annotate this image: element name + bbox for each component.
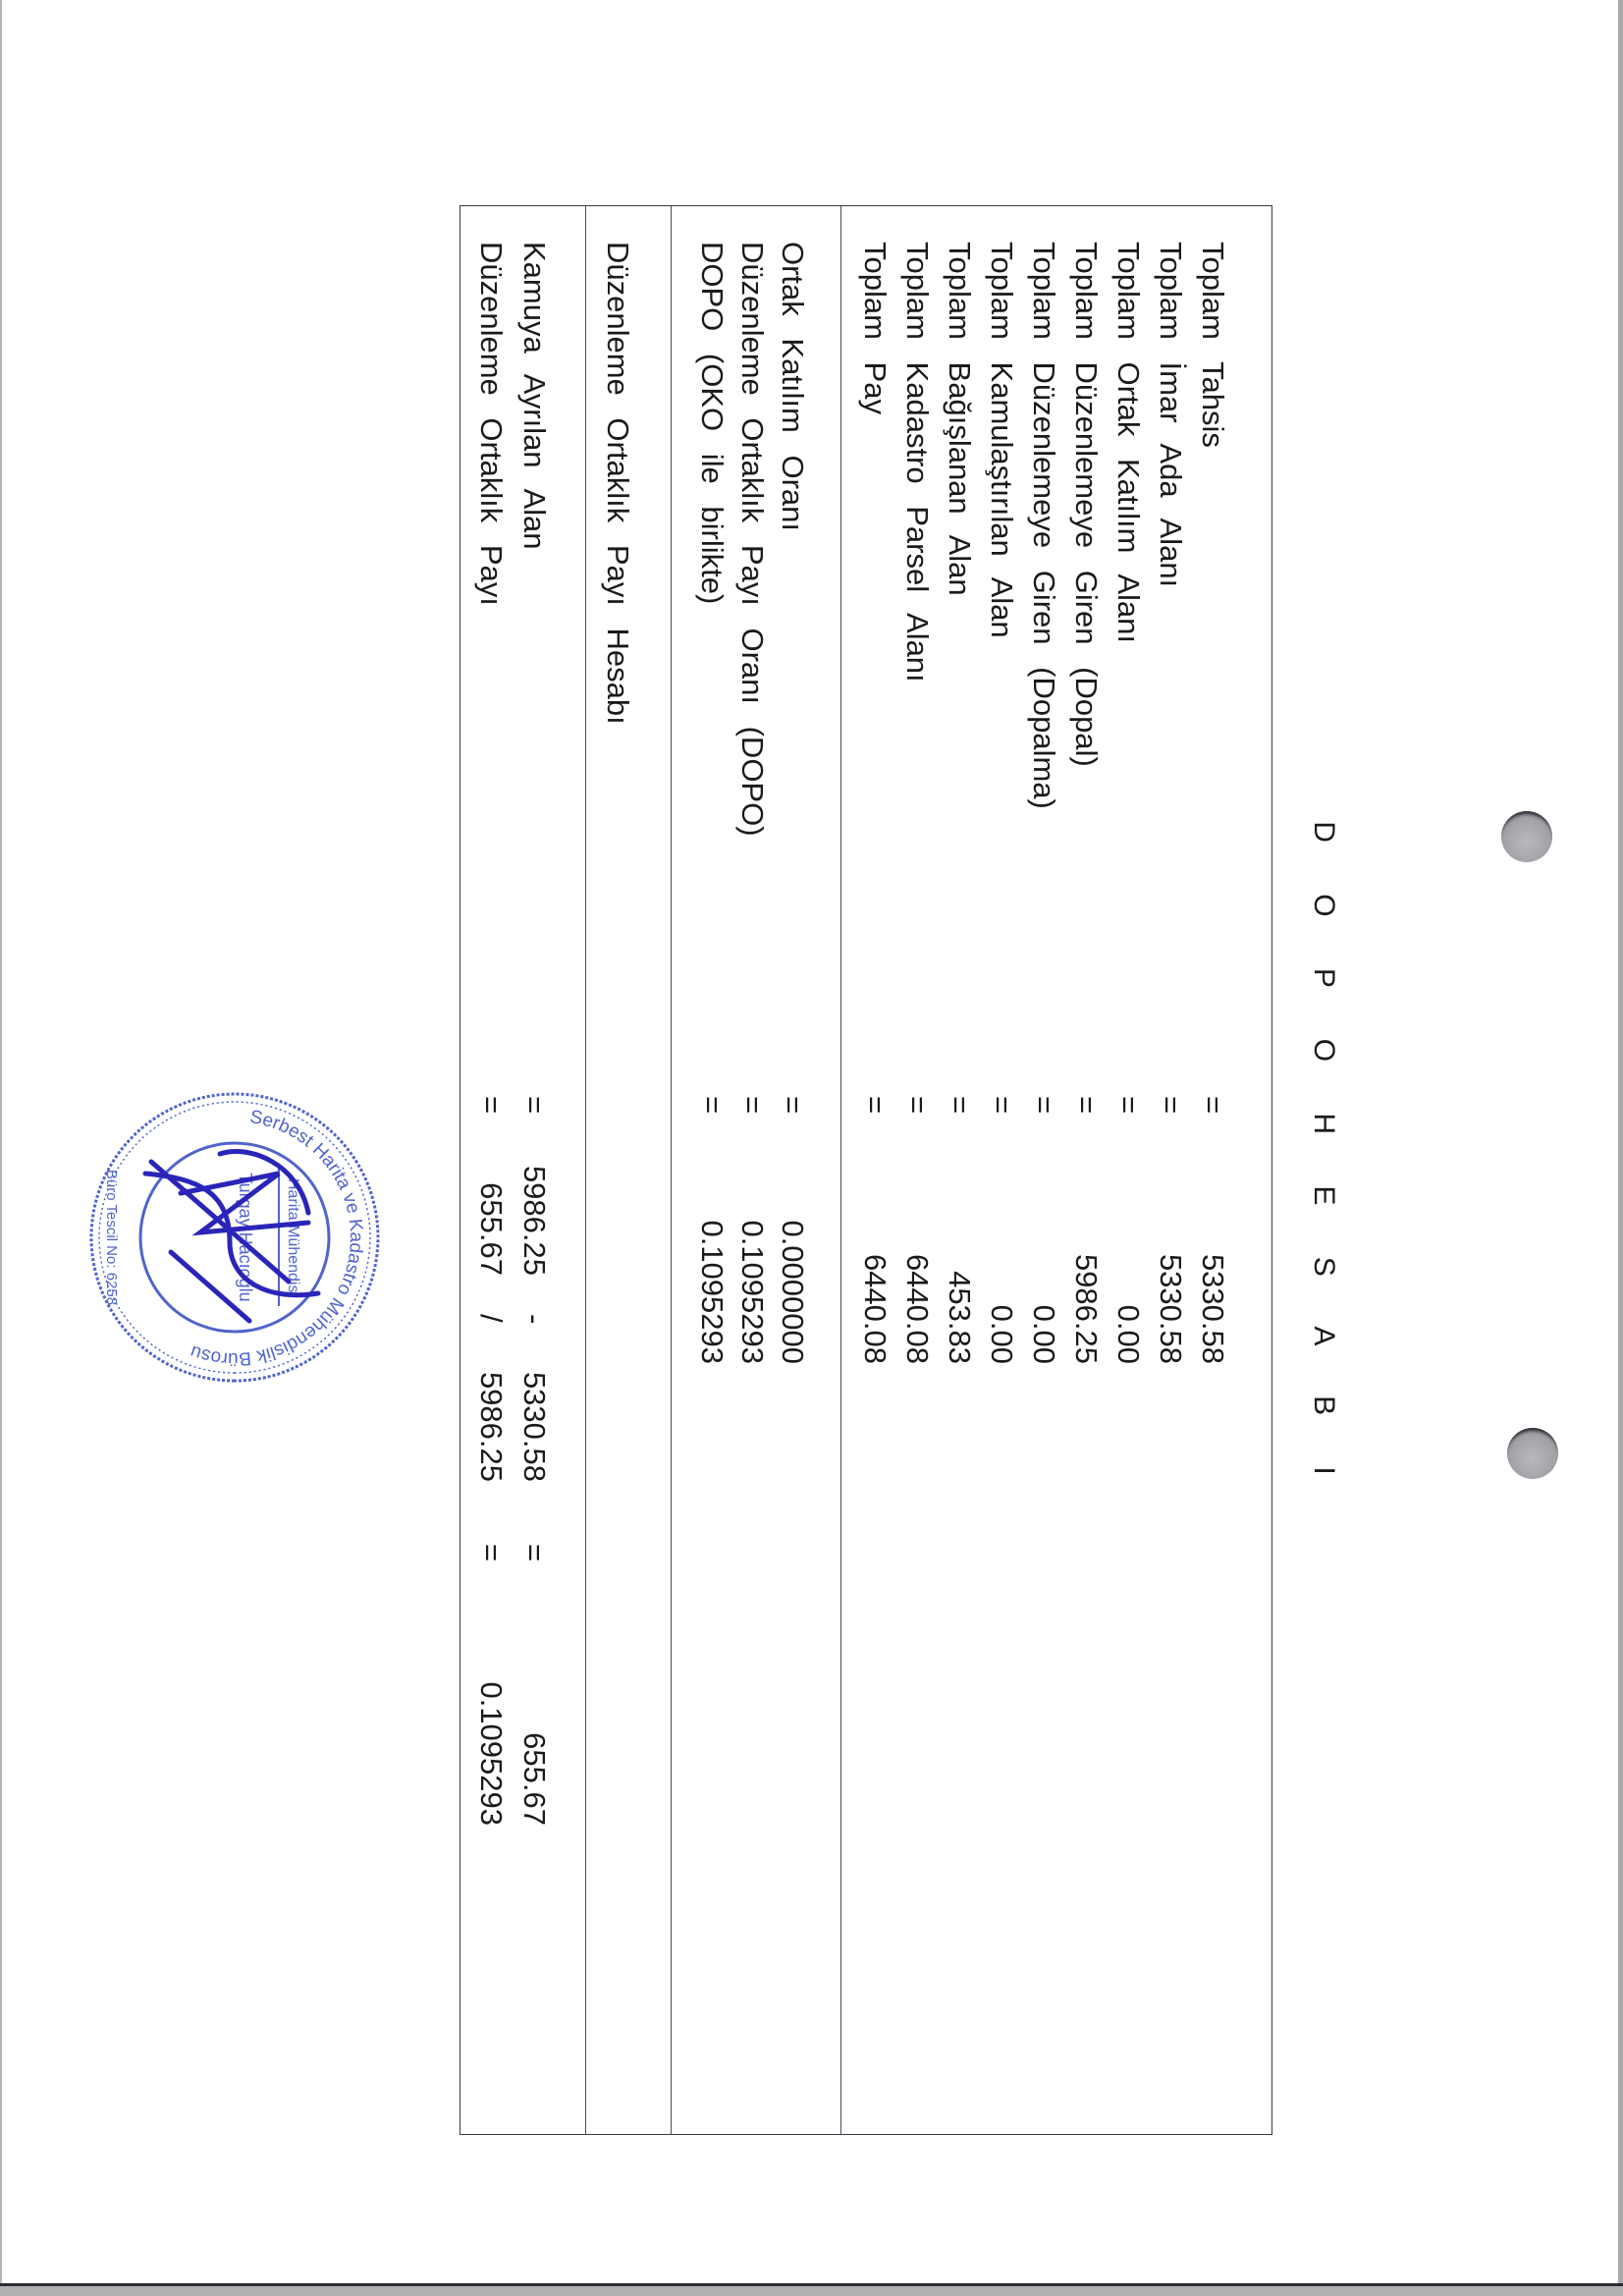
section-divider: [671, 206, 672, 2134]
total-row: Toplam İmar Ada Alanı=5330.58: [1151, 206, 1190, 2134]
total-row: Toplam Kadastro Parsel Alanı=6440.08: [897, 206, 937, 2134]
row-value: 5330.58: [1193, 1254, 1232, 1364]
row-value: 0.00: [1024, 1305, 1063, 1364]
result: 655.67: [514, 1732, 554, 1826]
operator: /: [471, 1314, 511, 1323]
operand-1: 655.67: [471, 1182, 511, 1276]
section-divider: [585, 206, 586, 2134]
row-value: 0.0000000: [773, 1220, 812, 1364]
row-label: Toplam Kadastro Parsel Alanı: [897, 242, 937, 683]
equals-sign: =: [732, 1096, 772, 1114]
row-label: Toplam Tahsis: [1193, 242, 1232, 448]
row-label: Düzenleme Ortaklık Payı Oranı (DOPO): [732, 242, 772, 837]
ratio-row: DOPO (OKO ile birlikte)=0.1095293: [692, 206, 731, 2134]
row-label: Toplam Pay: [855, 242, 894, 414]
equals-sign: =: [1024, 1096, 1063, 1114]
calc-header: Düzenleme Ortaklık Payı Hesabı: [598, 242, 637, 725]
total-row: Toplam Pay=6440.08: [855, 206, 894, 2134]
total-row: Toplam Düzenlemeye Giren (Dopalma)=0.00: [1024, 206, 1063, 2134]
calc-header-row: Düzenleme Ortaklık Payı Hesabı: [598, 206, 637, 2134]
total-row: Toplam Kamulaştırılan Alan=0.00: [982, 206, 1021, 2134]
row-value: 0.00: [982, 1305, 1021, 1364]
equals-sign: =: [1151, 1096, 1190, 1114]
row-value: 6440.08: [897, 1254, 937, 1364]
row-value: 6440.08: [855, 1254, 894, 1364]
equals-sign: =: [773, 1096, 812, 1114]
ratio-row: Düzenleme Ortaklık Payı Oranı (DOPO)=0.1…: [732, 206, 772, 2134]
row-value: 0.1095293: [732, 1220, 772, 1364]
operand-1: 5986.25: [514, 1166, 554, 1276]
calc-row: Kamuya Ayrılan Alan=5986.25-5330.58=655.…: [514, 206, 554, 2134]
dopo-table: Toplam Tahsis=5330.58Toplam İmar Ada Ala…: [460, 205, 1272, 2135]
ratio-row: Ortak Katılım Oranı=0.0000000: [773, 206, 812, 2134]
row-label: DOPO (OKO ile birlikte): [692, 242, 731, 604]
row-label: Toplam Düzenlemeye Giren (Dopal): [1066, 242, 1106, 767]
calc-row: Düzenleme Ortaklık Payı=655.67/5986.25=0…: [471, 206, 511, 2134]
equals-sign: =: [982, 1096, 1021, 1114]
equals-sign: =: [855, 1096, 894, 1114]
row-value: 0.00: [1109, 1305, 1148, 1364]
result: 0.1095293: [471, 1681, 511, 1826]
company-stamp: Serbest Harita ve Kadastro Mühendislik B…: [82, 1085, 387, 1390]
equals-sign: =: [471, 1096, 511, 1114]
operand-2: 5986.25: [471, 1372, 511, 1482]
row-label: Toplam Kamulaştırılan Alan: [982, 242, 1021, 638]
row-label: Toplam Ortak Katılım Alanı: [1109, 242, 1148, 643]
stamp-registry: Büro Tescil No: 6258: [103, 1170, 120, 1305]
equals-sign: =: [514, 1544, 554, 1561]
total-row: Toplam Bağışlanan Alan=453.83: [940, 206, 979, 2134]
row-value: 5986.25: [1066, 1254, 1106, 1364]
row-label: Toplam Düzenlemeye Giren (Dopalma): [1024, 242, 1063, 809]
section-divider: [840, 206, 841, 2134]
equals-sign: =: [897, 1096, 937, 1114]
total-row: Toplam Tahsis=5330.58: [1193, 206, 1232, 2134]
row-value: 0.1095293: [692, 1220, 731, 1364]
row-value: 5330.58: [1151, 1254, 1190, 1364]
row-label: Düzenleme Ortaklık Payı: [471, 242, 511, 606]
row-label: Ortak Katılım Oranı: [773, 242, 812, 531]
row-value: 453.83: [940, 1271, 979, 1364]
operand-2: 5330.58: [514, 1372, 554, 1482]
equals-sign: =: [1109, 1096, 1148, 1114]
row-label: Toplam İmar Ada Alanı: [1151, 242, 1190, 587]
equals-sign: =: [940, 1096, 979, 1114]
equals-sign: =: [514, 1096, 554, 1114]
equals-sign: =: [692, 1096, 731, 1114]
total-row: Toplam Düzenlemeye Giren (Dopal)=5986.25: [1066, 206, 1106, 2134]
page-title: D O P O H E S A B I: [1307, 0, 1340, 2296]
row-label: Toplam Bağışlanan Alan: [940, 242, 979, 596]
row-label: Kamuya Ayrılan Alan: [514, 242, 554, 550]
total-row: Toplam Ortak Katılım Alanı=0.00: [1109, 206, 1148, 2134]
equals-sign: =: [1193, 1096, 1232, 1114]
operator: -: [514, 1314, 554, 1324]
equals-sign: =: [471, 1544, 511, 1561]
equals-sign: =: [1066, 1096, 1106, 1114]
